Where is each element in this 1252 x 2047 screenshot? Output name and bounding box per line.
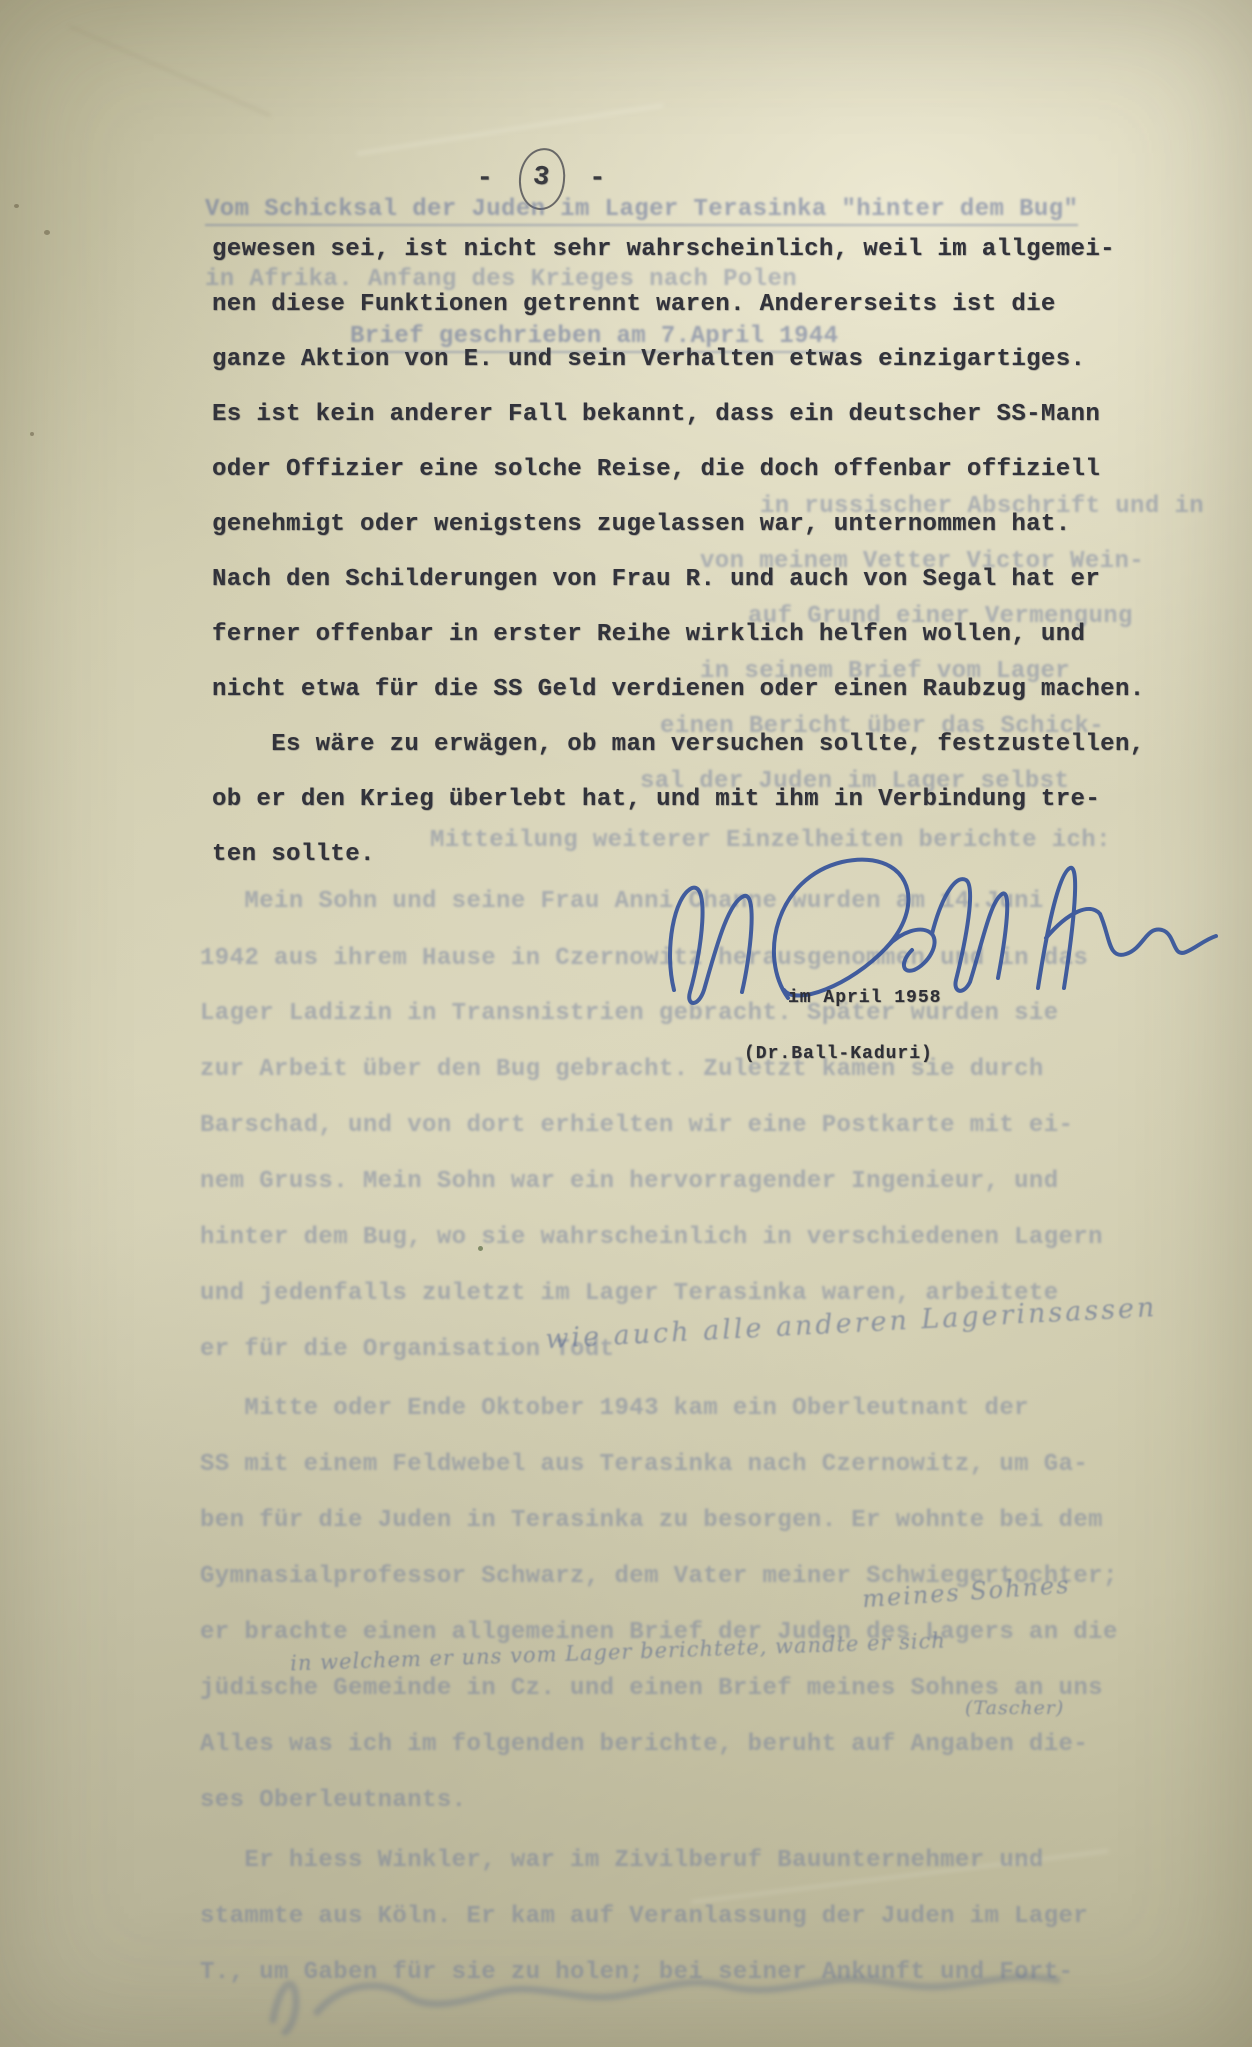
bleed-line: Vom Schicksal der Juden im Lager Terasin… <box>205 196 1078 226</box>
bleed-line: hinter dem Bug, wo sie wahrscheinlich in… <box>200 1224 1103 1251</box>
typed-line: nicht etwa für die SS Geld verdienen ode… <box>212 676 1145 703</box>
typed-line: nen diese Funktionen getrennt waren. And… <box>212 291 1056 318</box>
bleed-line: in Afrika. Anfang des Krieges nach Polen <box>205 266 797 293</box>
signature-date: im April 1958 <box>788 988 941 1008</box>
typed-line: ten sollte. <box>212 841 375 868</box>
paper-speck <box>14 204 19 208</box>
paper-speck <box>30 432 34 436</box>
paper-speck <box>44 230 50 235</box>
document-scan: - 3 - Vom Schicksal der Juden im Lager T… <box>0 0 1252 2047</box>
typed-line: ferner offenbar in erster Reihe wirklich… <box>212 621 1085 648</box>
handwriting: (Tascher) <box>965 1697 1064 1719</box>
signature-autograph <box>640 838 1220 1043</box>
typed-line: genehmigt oder wenigstens zugelassen war… <box>212 511 1071 538</box>
bleed-line: ses Oberleutnants. <box>200 1787 466 1814</box>
bleed-line: Barschad, und von dort erhielten wir ein… <box>200 1112 1073 1139</box>
page-number-dash: - <box>589 164 607 194</box>
page-number-dash: - <box>477 164 495 194</box>
typed-line: Es wäre zu erwägen, ob man versuchen sol… <box>212 731 1145 758</box>
bleed-line: SS mit einem Feldwebel aus Terasinka nac… <box>200 1451 1088 1478</box>
typed-line: oder Offizier eine solche Reise, die doc… <box>212 456 1100 483</box>
signature-name: (Dr.Ball-Kaduri) <box>744 1044 933 1064</box>
typed-line: Nach den Schilderungen von Frau R. und a… <box>212 566 1100 593</box>
typed-line: gewesen sei, ist nicht sehr wahrscheinli… <box>212 236 1115 263</box>
bleed-line: Er hiess Winkler, war im Zivilberuf Bauu… <box>200 1847 1044 1874</box>
bleed-line: Mitte oder Ende Oktober 1943 kam ein Obe… <box>200 1395 1029 1422</box>
bleed-line: Alles was ich im folgenden berichte, ber… <box>200 1731 1088 1758</box>
typed-line: ob er den Krieg überlebt hat, und mit ih… <box>212 786 1100 813</box>
typed-line: ganze Aktion von E. und sein Verhalten e… <box>212 346 1085 373</box>
paper-crease <box>69 25 271 116</box>
bleed-line: ben für die Juden in Terasinka zu besorg… <box>200 1507 1103 1534</box>
bottom-handwriting-squiggle <box>255 1948 1115 2043</box>
bleed-line: nem Gruss. Mein Sohn war ein hervorragen… <box>200 1168 1059 1195</box>
typed-line: Es ist kein anderer Fall bekannt, dass e… <box>212 401 1100 428</box>
bleed-line: stammte aus Köln. Er kam auf Veranlassun… <box>200 1903 1088 1930</box>
